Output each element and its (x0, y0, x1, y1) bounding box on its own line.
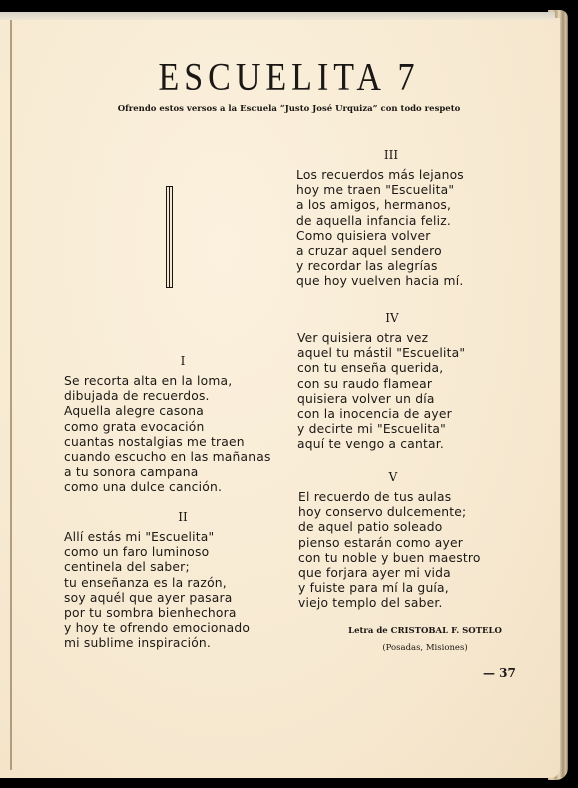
verse-line: de aquella infancia feliz. (296, 214, 511, 229)
verse-line: quisiera volver un día (297, 392, 512, 407)
verse-line: hoy me traen "Escuelita" (296, 183, 511, 198)
stanza-numeral: IV (297, 311, 512, 325)
author-location: (Posadas, Misiones) (320, 643, 530, 653)
verse-line: con la inocencia de ayer (297, 407, 512, 422)
verse-line: y fuiste para mí la guía, (298, 581, 513, 596)
verse-line: de aquel patio soleado (298, 520, 513, 535)
stanza-2: II Allí estás mi "Escuelita" como un far… (64, 510, 284, 652)
binding-gutter (10, 20, 12, 770)
verse-line: y hoy te ofrendo emocionado (64, 621, 284, 636)
verse-line: tu enseñanza es la razón, (64, 576, 284, 591)
verse-line: Como quisiera volver (296, 229, 511, 244)
verse-line: mi sublime inspiración. (64, 636, 284, 651)
stanza-numeral: II (64, 510, 284, 524)
verse-line: cuando escucho en las mañanas (64, 450, 284, 465)
page-top-edge (0, 12, 555, 20)
verse-line: hoy conservo dulcemente; (298, 505, 513, 520)
verse-line: cuantas nostalgias me traen (64, 435, 284, 450)
verse-line: Se recorta alta en la loma, (64, 374, 284, 389)
stanza-1: I Se recorta alta en la loma, dibujada d… (64, 354, 284, 496)
author-credit: Letra de CRISTOBAL F. SOTELO (320, 626, 530, 636)
verse-line: a los amigos, hermanos, (296, 198, 511, 213)
verse-line: que hoy vuelven hacia mí. (296, 274, 511, 289)
verse-line: a cruzar aquel sendero (296, 244, 511, 259)
stanza-numeral: V (298, 470, 513, 484)
verse-line: como grata evocación (64, 420, 284, 435)
verse-line: a tu sonora campana (64, 465, 284, 480)
verse-line: que forjara ayer mi vida (298, 566, 513, 581)
verse-line: como un faro luminoso (64, 545, 284, 560)
verse-line: Allí estás mi "Escuelita" (64, 530, 284, 545)
verse-line: con tu noble y buen maestro (298, 551, 513, 566)
verse-line: centinela del saber; (64, 560, 284, 575)
decorative-bar (166, 186, 173, 288)
verse-line: Aquella alegre casona (64, 404, 284, 419)
verse-line: aquí te vengo a cantar. (297, 437, 512, 452)
verse-line: y decirte mi "Escuelita" (297, 422, 512, 437)
verse-line: como una dulce canción. (64, 480, 284, 495)
verse-line: con tu enseña querida, (297, 361, 512, 376)
stanza-5: V El recuerdo de tus aulas hoy conservo … (298, 470, 513, 612)
page-title: ESCUELITA 7 (0, 56, 578, 100)
verse-line: viejo templo del saber. (298, 596, 513, 611)
stanza-4: IV Ver quisiera otra vez aquel tu mástil… (297, 311, 512, 453)
stanza-numeral: I (64, 354, 284, 368)
stanza-3: III Los recuerdos más lejanos hoy me tra… (296, 148, 511, 290)
page-number: — 37 (483, 666, 516, 680)
verse-line: pienso estarán como ayer (298, 536, 513, 551)
stanza-numeral: III (296, 148, 511, 162)
verse-line: dibujada de recuerdos. (64, 389, 284, 404)
verse-line: por tu sombra bienhechora (64, 606, 284, 621)
verse-line: El recuerdo de tus aulas (298, 490, 513, 505)
dedication: Ofrendo estos versos a la Escuela “Justo… (0, 104, 578, 114)
verse-line: Los recuerdos más lejanos (296, 168, 511, 183)
verse-line: Ver quisiera otra vez (297, 331, 512, 346)
verse-line: aquel tu mástil "Escuelita" (297, 346, 512, 361)
verse-line: con su raudo flamear (297, 377, 512, 392)
verse-line: y recordar las alegrías (296, 259, 511, 274)
verse-line: soy aquél que ayer pasara (64, 591, 284, 606)
